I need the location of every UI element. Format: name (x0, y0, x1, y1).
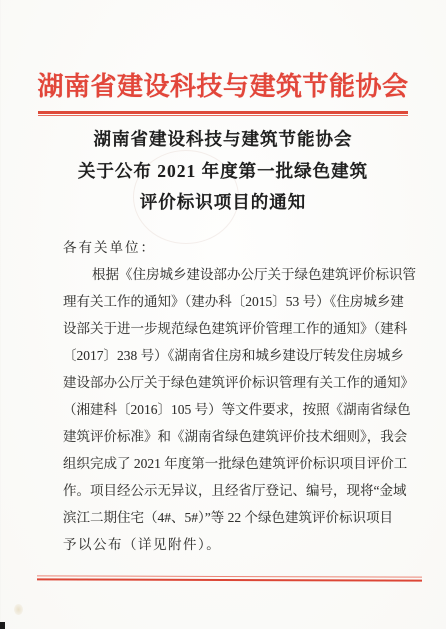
scan-smudge-artifact (14, 604, 23, 615)
footer-double-rule (37, 575, 422, 582)
letterhead-double-rule (38, 111, 408, 116)
document-title-line-3: 评价标识项目的通知 (0, 187, 446, 219)
paragraph-line: 组织完成了 2021 年度第一批绿色建筑评价标识项目评价工 (63, 450, 385, 477)
paragraph-line: 予以公布（详见附件）。 (63, 531, 385, 558)
rule-thin-line (38, 115, 408, 116)
paragraph-line: （湘建科〔2016〕105 号）等文件要求，按照《湖南省绿色 (63, 396, 385, 423)
paragraph-line: 作。项目经公示无异议，且经省厅登记、编号，现将“金域 (63, 477, 385, 504)
paragraph-line: 建设部办公厅关于绿色建筑评价标识管理有关工作的通知》 (63, 369, 385, 396)
document-title-line-2: 关于公布 2021 年度第一批绿色建筑 (0, 156, 446, 188)
rule-thick-line (37, 578, 422, 582)
letterhead-org-name: 湖南省建设科技与建筑节能协会 (0, 66, 446, 103)
paragraph-line: 滨江二期住宅（4#、5#）”等 22 个绿色建筑评价标识项目 (63, 504, 385, 531)
paragraph-line: 〔2017〕238 号）《湖南省住房和城乡建设厅转发住房城乡 (63, 342, 385, 369)
body-paragraph: 根据《住房城乡建设部办公厅关于绿色建筑评价标识管 理有关工作的通知》（建办科〔2… (63, 261, 385, 558)
paragraph-line: 建筑评价标准》和《湖南省绿色建筑评价技术细则》，我会 (63, 423, 385, 450)
salutation: 各有关单位： (63, 236, 156, 256)
paragraph-line: 理有关工作的通知》（建办科〔2015〕53 号）《住房城乡建 (63, 288, 385, 315)
document-title: 湖南省建设科技与建筑节能协会 关于公布 2021 年度第一批绿色建筑 评价标识项… (0, 124, 446, 219)
document-title-line-1: 湖南省建设科技与建筑节能协会 (0, 124, 446, 156)
scanned-document-page: 湖南省建设科技与建筑节能协会 湖南省建设科技与建筑节能协会 关于公布 2021 … (0, 0, 446, 629)
scan-corner-artifact (0, 622, 5, 629)
paragraph-line: 设部关于进一步规范绿色建筑评价管理工作的通知》（建科 (63, 315, 385, 342)
paragraph-line: 根据《住房城乡建设部办公厅关于绿色建筑评价标识管 (63, 261, 385, 288)
